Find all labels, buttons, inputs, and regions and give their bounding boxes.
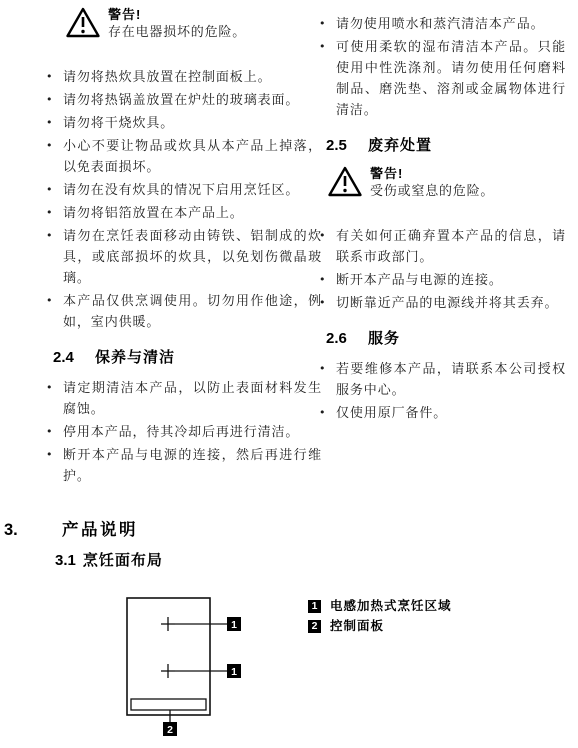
legend-item: 2 控制面板 [308, 619, 452, 634]
warning-description: 受伤或窒息的危险。 [370, 182, 494, 199]
bullet-icon: • [46, 89, 53, 110]
disposal-bullet-list: •有关如何正确弃置本产品的信息，请联系市政部门。 •断开本产品与电源的连接。 •… [318, 225, 566, 313]
list-item: •请勿将铝箔放置在本产品上。 [45, 202, 322, 223]
warning-description: 存在电器损坏的危险。 [108, 23, 246, 40]
bullet-icon: • [46, 179, 53, 200]
list-item: •请勿将热锅盖放置在炉灶的玻璃表面。 [45, 89, 322, 110]
section-title: 废弃处置 [368, 134, 432, 155]
section-heading-layout: 3.1 烹饪面布局 [55, 549, 163, 570]
bullet-icon: • [46, 290, 53, 311]
chapter-heading: 3. 产品说明 [0, 516, 420, 540]
cooking-zone-cross-bottom [161, 664, 175, 678]
bullet-text: 有关如何正确弃置本产品的信息，请联系市政部门。 [336, 228, 566, 264]
list-item: •若要维修本产品，请联系本公司授权服务中心。 [318, 358, 566, 400]
warning-text-block: 警告! 存在电器损坏的危险。 [108, 6, 246, 40]
bullet-icon: • [319, 269, 326, 290]
list-item: •可使用柔软的湿布清洁本产品。只能使用中性洗涤剂。请勿使用任何磨料制品、磨洗垫、… [318, 36, 566, 120]
bullet-icon: • [46, 225, 53, 246]
list-item: •请勿使用喷水和蒸汽清洁本产品。 [318, 13, 566, 34]
marker-number: 1 [231, 619, 237, 631]
manual-page: 警告! 存在电器损坏的危险。 •请勿将热炊具放置在控制面板上。 •请勿将热锅盖放… [0, 0, 578, 748]
section-heading-care: 2.4 保养与清洁 [45, 346, 322, 367]
section-title: 服务 [368, 327, 400, 348]
bullet-text: 请勿在没有炊具的情况下启用烹饪区。 [63, 182, 299, 197]
bullet-text: 本产品仅供烹调使用。切勿用作他途，例如，室内供暖。 [63, 293, 322, 329]
warning-title: 警告! [108, 7, 246, 22]
section-heading-disposal: 2.5 废弃处置 [318, 134, 566, 155]
bullet-text: 仅使用原厂备件。 [336, 405, 447, 420]
list-item: •停用本产品，待其冷却后再进行清洁。 [45, 421, 322, 442]
bullet-text: 请勿将干烧炊具。 [63, 115, 174, 130]
bullet-text: 断开本产品与电源的连接，然后再进行维护。 [63, 447, 322, 483]
bullet-text: 断开本产品与电源的连接。 [336, 272, 503, 287]
service-bullet-list: •若要维修本产品，请联系本公司授权服务中心。 •仅使用原厂备件。 [318, 358, 566, 423]
section-title: 保养与清洁 [95, 346, 175, 367]
left-column: 警告! 存在电器损坏的危险。 •请勿将热炊具放置在控制面板上。 •请勿将热锅盖放… [45, 6, 322, 494]
list-item: •小心不要让物品或炊具从本产品上掉落，以免表面损坏。 [45, 135, 322, 177]
warning-triangle-icon [327, 165, 363, 198]
section-number: 3.1 [55, 552, 76, 569]
section-number: 2.4 [53, 349, 95, 366]
list-item: •切断靠近产品的电源线并将其丢弃。 [318, 292, 566, 313]
bullet-icon: • [46, 377, 53, 398]
warning-triangle-icon [65, 6, 101, 39]
bullet-icon: • [319, 13, 326, 34]
marker-number: 1 [231, 666, 237, 678]
bullet-icon: • [319, 292, 326, 313]
bullet-icon: • [46, 202, 53, 223]
list-item: •断开本产品与电源的连接，然后再进行维护。 [45, 444, 322, 486]
care-bullet-list: •请定期清洁本产品，以防止表面材料发生腐蚀。 •停用本产品，待其冷却后再进行清洁… [45, 377, 322, 486]
bullet-icon: • [319, 36, 326, 57]
bullet-text: 请勿使用喷水和蒸汽清洁本产品。 [336, 16, 545, 31]
list-item: •请勿将干烧炊具。 [45, 112, 322, 133]
bullet-text: 可使用柔软的湿布清洁本产品。只能使用中性洗涤剂。请勿使用任何磨料制品、磨洗垫、溶… [336, 39, 566, 117]
list-item: •断开本产品与电源的连接。 [318, 269, 566, 290]
list-item: •仅使用原厂备件。 [318, 402, 566, 423]
diagram-legend: 1 电感加热式烹饪区域 2 控制面板 [308, 599, 452, 639]
section-number: 2.6 [326, 330, 368, 347]
warning-box-injury: 警告! 受伤或窒息的危险。 [318, 165, 566, 199]
section-title: 烹饪面布局 [83, 549, 163, 570]
list-item: •有关如何正确弃置本产品的信息，请联系市政部门。 [318, 225, 566, 267]
bullet-icon: • [46, 66, 53, 87]
bullet-icon: • [46, 112, 53, 133]
bullet-text: 请勿在烹饪表面移动由铸铁、铝制成的炊具，或底部损坏的炊具，以免划伤微晶玻璃。 [63, 228, 322, 285]
bullet-text: 请勿将热锅盖放置在炉灶的玻璃表面。 [63, 92, 299, 107]
safety-bullet-list: •请勿将热炊具放置在控制面板上。 •请勿将热锅盖放置在炉灶的玻璃表面。 •请勿将… [45, 66, 322, 332]
bullet-icon: • [319, 402, 326, 423]
bullet-text: 小心不要让物品或炊具从本产品上掉落，以免表面损坏。 [63, 138, 322, 174]
bullet-icon: • [46, 421, 53, 442]
cooking-zone-cross-top [161, 617, 175, 631]
cooktop-diagram: 1 1 2 [117, 592, 262, 742]
legend-label: 控制面板 [330, 619, 384, 634]
section-heading-service: 2.6 服务 [318, 327, 566, 348]
section-number: 2.5 [326, 137, 368, 154]
control-panel-outline [131, 699, 206, 710]
bullet-text: 请定期清洁本产品，以防止表面材料发生腐蚀。 [63, 380, 322, 416]
legend-number-badge: 2 [308, 620, 321, 633]
warning-title: 警告! [370, 166, 494, 181]
chapter-number: 3. [4, 521, 62, 540]
legend-number-badge: 1 [308, 600, 321, 613]
right-column: •请勿使用喷水和蒸汽清洁本产品。 •可使用柔软的湿布清洁本产品。只能使用中性洗涤… [318, 12, 566, 431]
list-item: •本产品仅供烹调使用。切勿用作他途，例如，室内供暖。 [45, 290, 322, 332]
bullet-icon: • [46, 135, 53, 156]
bullet-text: 请勿将热炊具放置在控制面板上。 [63, 69, 272, 84]
bullet-icon: • [46, 444, 53, 465]
bullet-icon: • [319, 358, 326, 379]
chapter-title: 产品说明 [62, 516, 138, 540]
legend-item: 1 电感加热式烹饪区域 [308, 599, 452, 614]
bullet-text: 停用本产品，待其冷却后再进行清洁。 [63, 424, 299, 439]
list-item: •请定期清洁本产品，以防止表面材料发生腐蚀。 [45, 377, 322, 419]
bullet-icon: • [319, 225, 326, 246]
warning-text-block: 警告! 受伤或窒息的危险。 [370, 165, 494, 199]
marker-number: 2 [167, 724, 173, 736]
list-item: •请勿在烹饪表面移动由铸铁、铝制成的炊具，或底部损坏的炊具，以免划伤微晶玻璃。 [45, 225, 322, 288]
cleaning-bullet-list: •请勿使用喷水和蒸汽清洁本产品。 •可使用柔软的湿布清洁本产品。只能使用中性洗涤… [318, 13, 566, 120]
bullet-text: 切断靠近产品的电源线并将其丢弃。 [336, 295, 558, 310]
legend-label: 电感加热式烹饪区域 [330, 599, 452, 614]
list-item: •请勿将热炊具放置在控制面板上。 [45, 66, 322, 87]
bullet-text: 请勿将铝箔放置在本产品上。 [63, 205, 244, 220]
cooktop-outline [127, 598, 210, 715]
warning-box-damage: 警告! 存在电器损坏的危险。 [45, 6, 322, 40]
list-item: •请勿在没有炊具的情况下启用烹饪区。 [45, 179, 322, 200]
bullet-text: 若要维修本产品，请联系本公司授权服务中心。 [336, 361, 566, 397]
